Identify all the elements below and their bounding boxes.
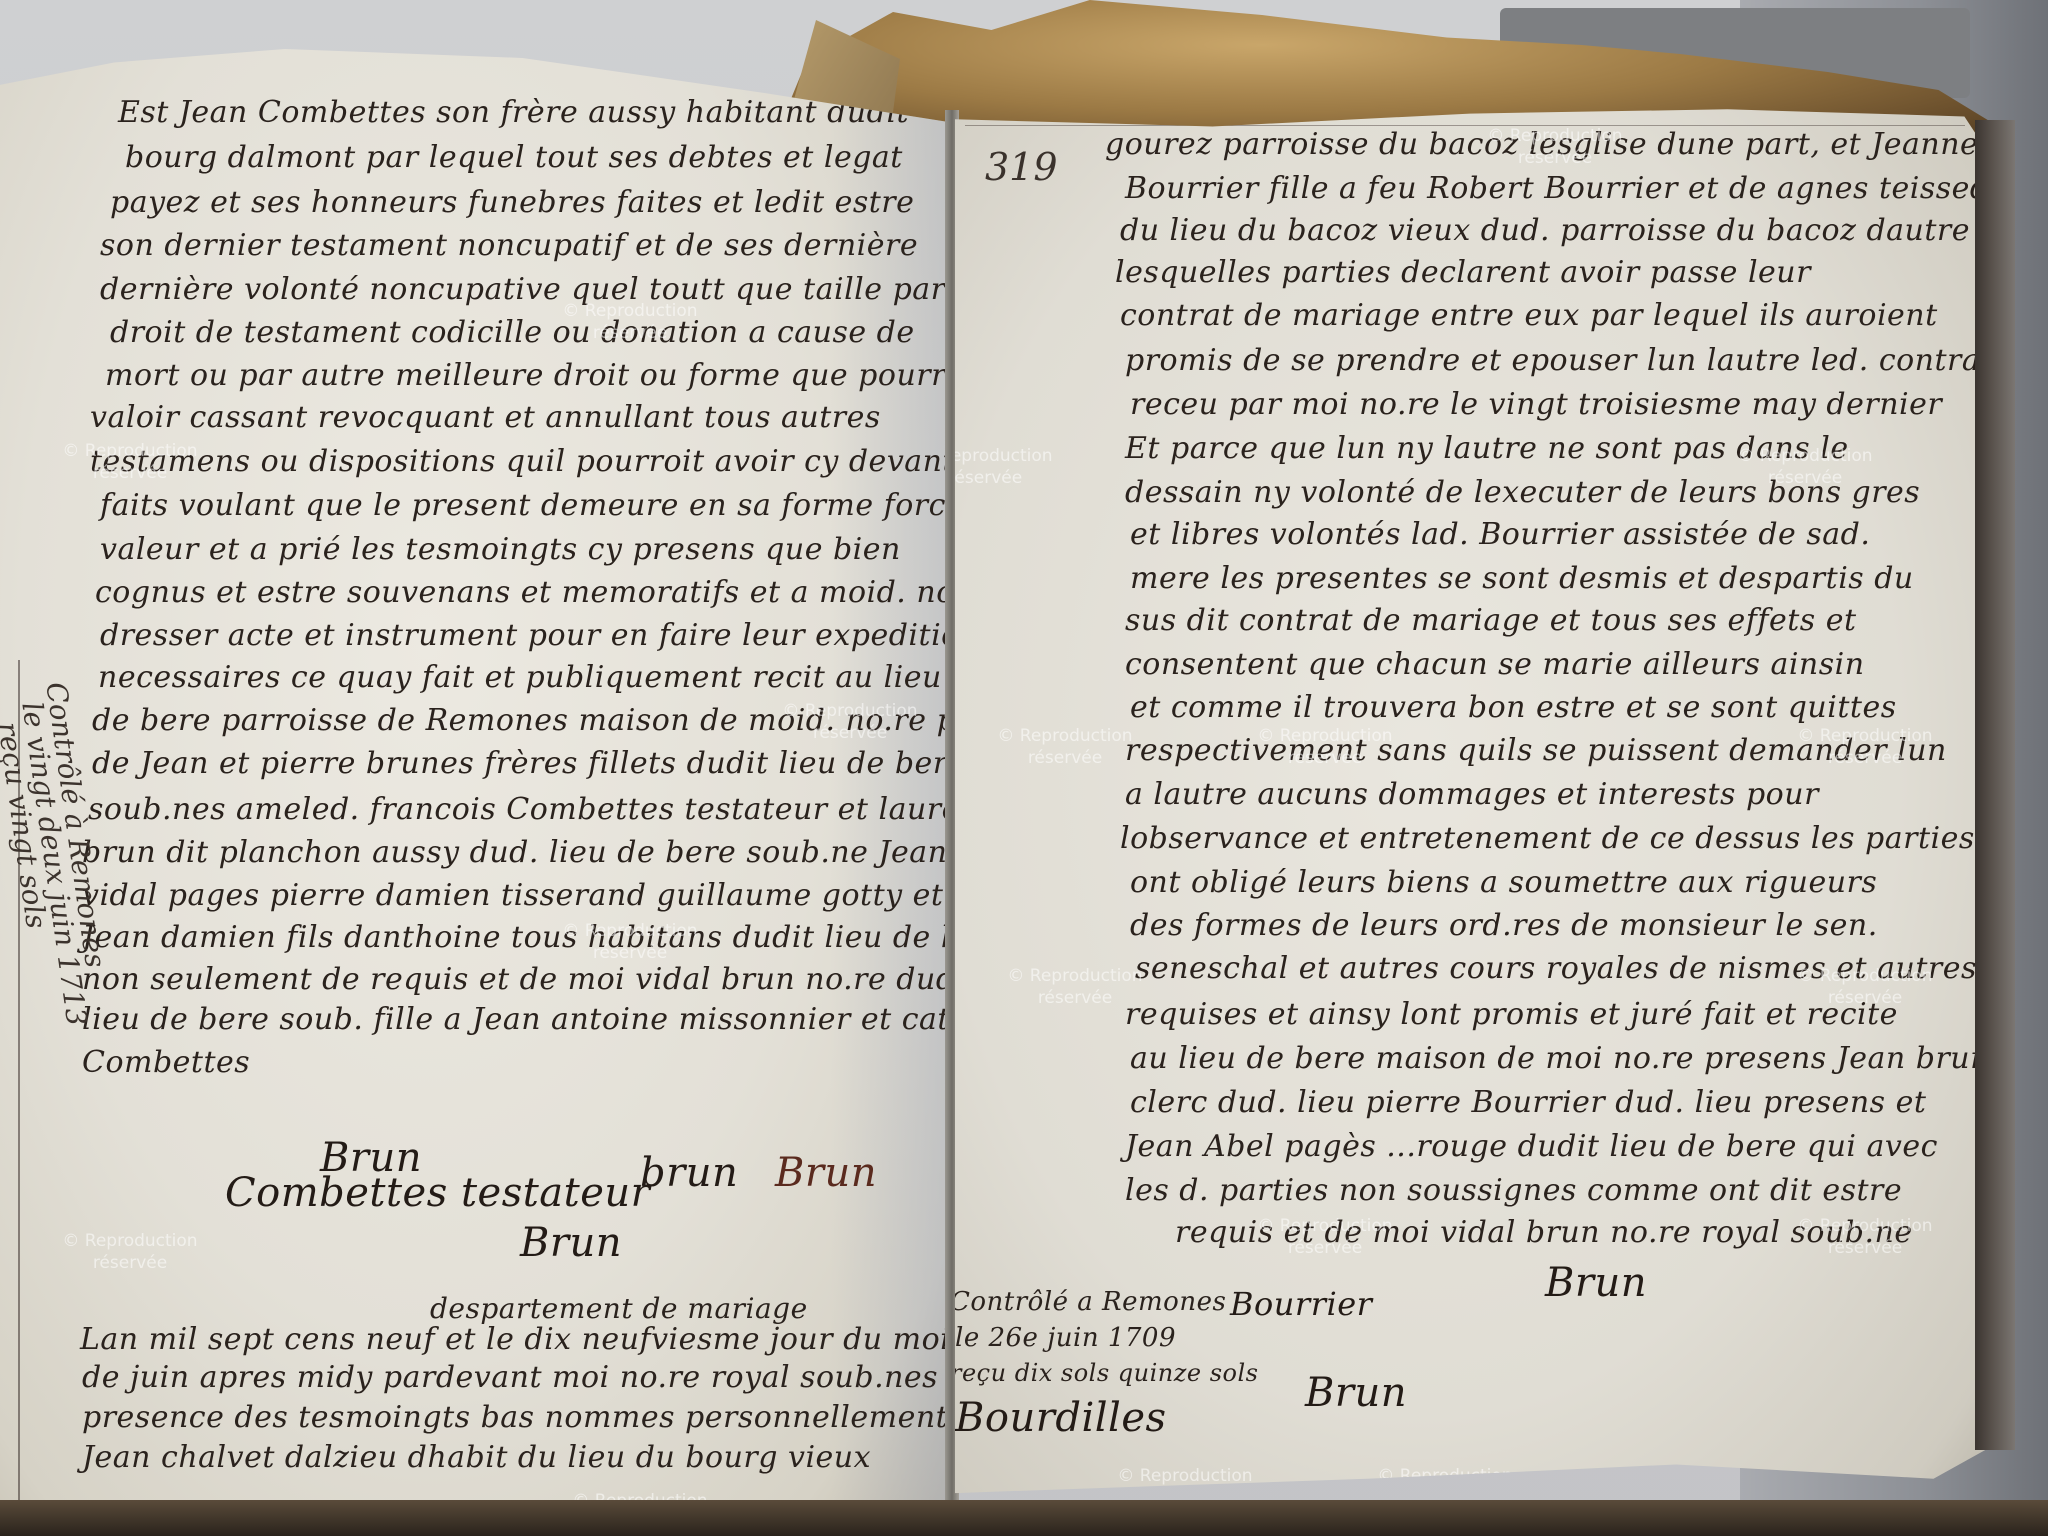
watermark: © Reproductionréservée [955, 445, 1055, 489]
right-line: lobservance et entretenement de ce dessu… [1120, 821, 1975, 856]
signature-brun-2: Brun [1305, 1370, 1407, 1416]
book-bottom-edge [0, 1500, 2048, 1536]
right-page: 319 gourez parroisse du bacoz lesglise d… [955, 105, 1985, 1536]
right-line: les d. parties non soussignes comme ont … [1125, 1173, 1902, 1208]
left-line: cognus et estre souvenans et memoratifs … [95, 575, 950, 610]
watermark: © Reproductionréservée [60, 1230, 200, 1274]
signature-bourrier: Bourrier [1230, 1285, 1372, 1323]
right-line: des formes de leurs ord.res de monsieur … [1130, 908, 1878, 943]
left-line: bourg dalmont par lequel tout ses debtes… [125, 140, 903, 175]
right-line: Jean Abel pagès ...rouge dudit lieu de b… [1125, 1129, 1938, 1164]
left-line: mort ou par autre meilleure droit ou for… [105, 358, 950, 393]
right-line: et libres volontés lad. Bourrier assisté… [1130, 517, 1870, 552]
page-number: 319 [985, 145, 1058, 189]
left-line: non seulement de requis et de moi vidal … [82, 962, 950, 997]
right-line: a lautre aucuns dommages et interests po… [1125, 777, 1819, 812]
right-line: contrat de mariage entre eux par lequel … [1120, 298, 1938, 333]
header-rule [965, 125, 1965, 126]
signature-brun-3: Brun [775, 1150, 877, 1196]
right-line: consentent que chacun se marie ailleurs … [1125, 647, 1865, 682]
right-line: au lieu de bere maison de moi no.re pres… [1130, 1041, 1985, 1076]
left-bottom-line: de juin apres midy pardevant moi no.re r… [82, 1360, 950, 1395]
right-line: seneschal et autres cours royales de nis… [1135, 951, 1977, 986]
left-line: testamens ou dispositions quil pourroit … [90, 444, 950, 479]
page-stack-edge [1975, 120, 2015, 1450]
left-line: faits voulant que le present demeure en … [100, 488, 950, 523]
watermark: © Reproductionréservée [1005, 965, 1145, 1009]
right-line: clerc dud. lieu pierre Bourrier dud. lie… [1130, 1085, 1926, 1120]
signature-brun-2: brun [640, 1150, 738, 1196]
control-note: reçu dix sols quinze sols [955, 1359, 1258, 1387]
signature-brun: Brun [1545, 1260, 1647, 1306]
left-line: dernière volonté noncupative quel toutt … [100, 272, 946, 307]
left-line: vidal pages pierre damien tisserand guil… [82, 878, 943, 913]
left-line: dresser acte et instrument pour en faire… [100, 618, 950, 653]
control-note: le 26e juin 1709 [955, 1323, 1176, 1353]
left-line: Combettes [82, 1045, 250, 1080]
left-line: son dernier testament noncupatif et de s… [100, 228, 918, 263]
left-bottom-line: presence des tesmoingts bas nommes perso… [82, 1400, 950, 1435]
right-line: promis de se prendre et epouser lun laut… [1125, 343, 1985, 378]
left-line: droit de testament codicille ou donation… [110, 315, 915, 350]
left-line: payez et ses honneurs funebres faites et… [110, 185, 914, 220]
signature-combettes-testateur: Combettes testateur [225, 1170, 650, 1216]
signature-bourdilles: Bourdilles [955, 1395, 1167, 1441]
right-line: dessain ny volonté de lexecuter de leurs… [1125, 475, 1920, 510]
left-line: Est Jean Combettes son frère aussy habit… [118, 95, 909, 130]
right-line: respectivement sans quils se puissent de… [1125, 733, 1947, 768]
right-line: ont obligé leurs biens a soumettre aux r… [1130, 865, 1877, 900]
right-line: lesquelles parties declarent avoir passe… [1115, 255, 1811, 290]
left-line: Jean damien fils danthoine tous habitans… [82, 920, 950, 955]
left-line: necessaires ce quay fait et publiquement… [98, 660, 942, 695]
right-line: et comme il trouvera bon estre et se son… [1130, 690, 1897, 725]
left-bottom-line: Lan mil sept cens neuf et le dix neufvie… [80, 1322, 950, 1357]
right-line: sus dit contrat de mariage et tous ses e… [1125, 603, 1857, 638]
right-line: Et parce que lun ny lautre ne sont pas d… [1125, 431, 1849, 466]
left-line: brun dit planchon aussy dud. lieu de ber… [82, 835, 950, 870]
control-note: Contrôlé a Remones [955, 1287, 1226, 1317]
left-line: lieu de bere soub. fille a Jean antoine … [82, 1002, 950, 1037]
right-line: receu par moi no.re le vingt troisiesme … [1130, 387, 1942, 422]
watermark: © Reproductionréservée [995, 725, 1135, 769]
right-line: requis et de moi vidal brun no.re royal … [1175, 1215, 1913, 1250]
signature-brun-notary: Brun [520, 1220, 622, 1266]
left-page: Est Jean Combettes son frère aussy habit… [0, 40, 950, 1536]
left-line: valeur et a prié les tesmoingts cy prese… [100, 532, 901, 567]
left-line: de bere parroisse de Remones maison de m… [92, 703, 950, 738]
left-line: de Jean et pierre brunes frères fillets … [92, 746, 950, 781]
section-heading: despartement de mariage [430, 1292, 808, 1325]
left-line: valoir cassant revocquant et annullant t… [90, 400, 881, 435]
right-line: requises et ainsy lont promis et juré fa… [1125, 997, 1898, 1032]
right-line: gourez parroisse du bacoz lesglise dune … [1105, 127, 1978, 162]
left-page-shadow [830, 40, 950, 1536]
left-line: soub.nes ameled. francois Combettes test… [88, 792, 950, 827]
right-line: Bourrier fille a feu Robert Bourrier et … [1125, 171, 1985, 206]
left-bottom-line: Jean chalvet dalzieu dhabit du lieu du b… [82, 1440, 871, 1475]
right-line: mere les presentes se sont desmis et des… [1130, 561, 1914, 596]
right-line: du lieu du bacoz vieux dud. parroisse du… [1120, 213, 1970, 248]
